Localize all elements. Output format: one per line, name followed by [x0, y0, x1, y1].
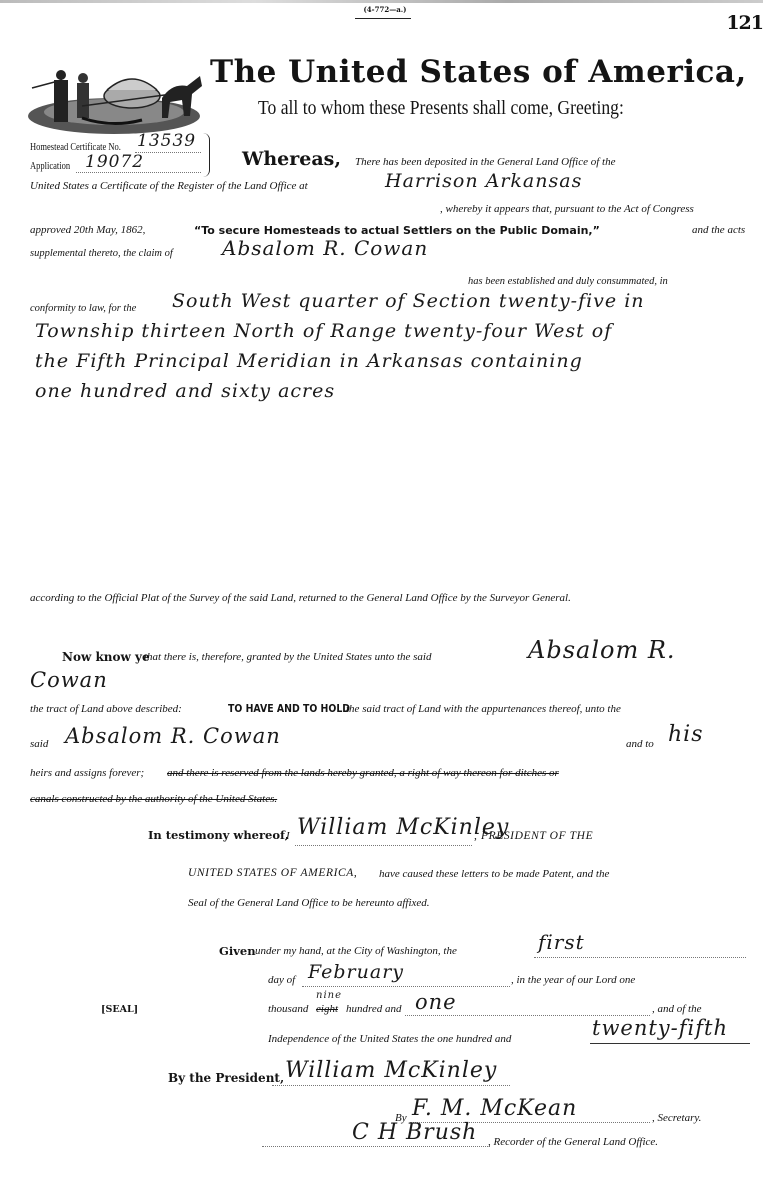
preamble-line-7: conformity to law, for the	[30, 303, 136, 314]
struck-reservation-clause-2: canals constructed by the authority of t…	[30, 793, 277, 805]
land-description-line-3: the Fifth Principal Meridian in Arkansas…	[35, 350, 583, 372]
land-description-line-1: South West quarter of Section twenty-fiv…	[172, 290, 645, 312]
given-month-line	[302, 986, 510, 987]
whereas-heading: Whereas,	[242, 148, 341, 170]
given-line-2b: , in the year of our Lord one	[511, 974, 635, 986]
preamble-line-1: There has been deposited in the General …	[355, 156, 616, 168]
testimony-line-1-end: , PRESIDENT OF THE	[474, 830, 593, 842]
grantee-name-part-2: Cowan	[30, 668, 108, 692]
preamble-line-6: has been established and duly consummate…	[468, 276, 668, 287]
grantee-name-part-1: Absalom R.	[528, 636, 676, 664]
pronoun: his	[668, 722, 704, 747]
century-struck: eight	[316, 1003, 338, 1015]
preamble-line-4b: and the acts	[692, 224, 745, 236]
testimony-heading: In testimony whereof,	[148, 828, 289, 842]
heirs-line: heirs and assigns forever;	[30, 767, 144, 779]
president-signature-line	[272, 1085, 510, 1086]
now-know-ye: Now know ye	[62, 650, 150, 664]
recorder-signature: C H Brush	[352, 1120, 477, 1145]
given-heading: Given	[219, 944, 256, 958]
given-line-4: Independence of the United States the on…	[268, 1033, 511, 1045]
preamble-line-4a: approved 20th May, 1862,	[30, 224, 145, 236]
form-number: (4-772—a.)	[340, 5, 430, 14]
president-name-line	[295, 845, 472, 846]
given-line-1: under my hand, at the City of Washington…	[255, 945, 457, 957]
form-number-rule	[355, 18, 411, 19]
grant-line-2b: the said tract of Land with the appurten…	[346, 703, 621, 715]
greeting: To all to whom these Presents shall come…	[258, 97, 624, 120]
preamble-line-2: United States a Certificate of the Regis…	[30, 180, 308, 192]
given-line-3c: , and of the	[652, 1003, 702, 1015]
president-signature: William McKinley	[285, 1058, 497, 1083]
farm-scene-engraving-icon	[22, 58, 207, 138]
recorder-title: , Recorder of the General Land Office.	[488, 1136, 658, 1148]
testimony-line-2-rest: have caused these letters to be made Pat…	[379, 868, 609, 880]
recorder-signature-line	[262, 1146, 490, 1147]
grantee-name-full: Absalom R. Cowan	[65, 724, 281, 748]
and-to-label: and to	[626, 738, 654, 750]
given-line-3a: thousand	[268, 1003, 308, 1015]
given-day-line	[534, 957, 746, 958]
claimant-name: Absalom R. Cowan	[222, 236, 428, 260]
land-description-line-2: Township thirteen North of Range twenty-…	[35, 320, 612, 342]
page-number: 121	[726, 12, 763, 34]
application-label: Application	[30, 161, 70, 172]
application-number-line	[76, 172, 201, 173]
preamble-line-5: supplemental thereto, the claim of	[30, 248, 173, 259]
independence-year-line	[590, 1043, 750, 1044]
secretary-signature: F. M. McKean	[412, 1096, 577, 1121]
secretary-title: , Secretary.	[652, 1112, 701, 1124]
grant-line-2a: the tract of Land above described:	[30, 703, 182, 715]
land-office-location: Harrison Arkansas	[385, 170, 582, 192]
document-title: The United States of America,	[210, 54, 763, 90]
given-month: February	[308, 961, 404, 983]
have-and-hold: TO HAVE AND TO HOLD	[228, 702, 350, 715]
preamble-line-3: , whereby it appears that, pursuant to t…	[440, 203, 694, 215]
given-line-2a: day of	[268, 974, 295, 986]
land-description-line-4: one hundred and sixty acres	[35, 380, 335, 402]
testimony-line-3: Seal of the General Land Office to be he…	[188, 897, 430, 909]
by-the-president: By the President,	[168, 1071, 284, 1085]
scan-top-edge	[0, 0, 763, 3]
certificate-brace	[203, 133, 210, 177]
said-label: said	[30, 738, 48, 750]
certificate-number: 13539	[137, 131, 196, 151]
survey-line: according to the Official Plat of the Su…	[30, 592, 571, 604]
given-year: one	[415, 990, 457, 1014]
century-inserted: nine	[316, 990, 342, 1001]
application-number: 19072	[85, 152, 144, 172]
testimony-line-2-caps: UNITED STATES OF AMERICA,	[188, 867, 357, 879]
given-line-3b: hundred and	[346, 1003, 402, 1015]
struck-reservation-clause-1: and there is reserved from the lands her…	[167, 767, 559, 779]
independence-year: twenty-fifth	[592, 1016, 728, 1040]
testimony-prefix: I	[286, 830, 290, 842]
grant-line-1: that there is, therefore, granted by the…	[144, 651, 431, 663]
certificate-number-line	[135, 152, 201, 153]
given-day: first	[538, 930, 585, 954]
seal-label: [SEAL]	[101, 1004, 138, 1015]
